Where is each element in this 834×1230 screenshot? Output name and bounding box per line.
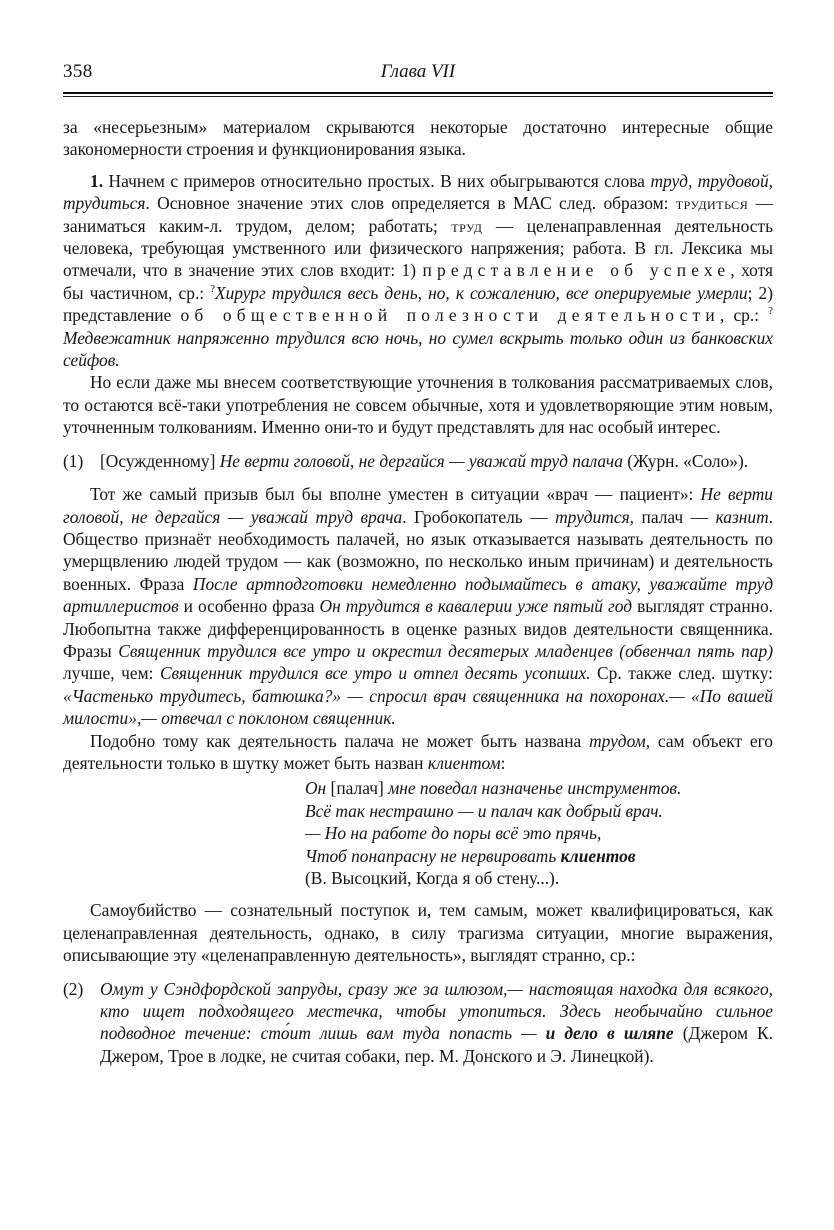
text-run: . Основное значение этих слов определяет…: [145, 193, 675, 213]
chapter-title: Глава VII: [63, 60, 773, 84]
text-run: Хирург трудился весь день, но, к сожален…: [215, 283, 748, 303]
text-run: [палач]: [331, 778, 384, 798]
text-run: Всё так нестрашно — и палач как добрый в…: [305, 801, 663, 821]
text-run: лучше, чем:: [63, 663, 160, 683]
text-run: Ср. также след. шутку:: [591, 663, 773, 683]
text-run: Священник трудился все утро и отпел деся…: [160, 663, 591, 683]
example-number: (1): [63, 450, 100, 472]
text-run: Самоубийство — сознательный поступок и, …: [63, 900, 773, 965]
text-run: . Гробокопатель —: [402, 507, 555, 527]
text-run: Начнем с примеров относительно простых. …: [103, 171, 650, 191]
page-number: 358: [63, 60, 93, 84]
poem-line: — Но на работе до поры всё это прячь,: [305, 822, 773, 844]
example-1: (1)[Осужденному] Не верти головой, не де…: [63, 450, 773, 472]
opening-paragraph: за «несерьезным» материалом скрываются н…: [63, 116, 773, 161]
text-run: — Но на работе до поры всё это прячь,: [305, 823, 601, 843]
paragraph-2: Но если даже мы внесем соответствующие у…: [63, 371, 773, 438]
text-run: (В. Высоцкий, Когда я об стену...).: [305, 868, 559, 888]
running-head: 358 Глава VII: [63, 60, 773, 86]
text-run: Медвежатник напряженно трудился всю ночь…: [63, 328, 773, 370]
poem-line: Чтоб понапрасну не нервировать клиентов: [305, 845, 773, 867]
poem-quote: Он [палач] мне поведал назначенье инстру…: [305, 777, 773, 889]
text-run: казнит: [716, 507, 769, 527]
paragraph-4: Подобно тому как деятельность палача не …: [63, 730, 773, 775]
text-run: 1.: [90, 171, 103, 191]
text-run: труд: [451, 216, 482, 236]
text-run: Он трудится в кавалерии уже пятый год: [320, 596, 633, 616]
text-run: Священник трудился все утро и окрестил д…: [118, 641, 773, 661]
text-run: ?: [768, 305, 773, 317]
poem-line: Всё так нестрашно — и палач как добрый в…: [305, 800, 773, 822]
page-body: за «несерьезным» материалом скрываются н…: [63, 116, 773, 1067]
text-run: представление об успехе: [422, 260, 730, 280]
text-run: :: [501, 753, 506, 773]
text-run: клиентом: [428, 753, 501, 773]
paragraph-1: 1. Начнем с примеров относительно просты…: [63, 170, 773, 372]
paragraph-5: Самоубийство — сознательный поступок и, …: [63, 899, 773, 966]
text-run: мне поведал назначенье инструментов.: [384, 778, 682, 798]
text-run: , палач —: [630, 507, 716, 527]
poem-line: (В. Высоцкий, Когда я об стену...).: [305, 867, 773, 889]
paragraph-3: Тот же самый призыв был бы вполне уместе…: [63, 483, 773, 729]
header-rule: [63, 92, 773, 97]
text-run: Подобно тому как деятельность палача не …: [90, 731, 589, 751]
text-run: (Журн. «Соло»).: [623, 451, 748, 471]
text-run: и особенно фраза: [179, 596, 320, 616]
example-text: [Осужденному] Не верти головой, не дерга…: [100, 450, 773, 472]
text-run: Но если даже мы внесем соответствующие у…: [63, 372, 773, 437]
text-run: за «несерьезным» материалом скрываются н…: [63, 117, 773, 159]
text-run: и дело в шляпе: [546, 1023, 674, 1043]
poem-line: Он [палач] мне поведал назначенье инстру…: [305, 777, 773, 799]
example-number: (2): [63, 978, 100, 1068]
text-run: Не верти головой, не дергайся — уважай т…: [220, 451, 623, 471]
example-text: Омут у Сэндфордской запруды, сразу же за…: [100, 978, 773, 1068]
text-run: «Частенько трудитесь, батюшка?» — спроси…: [63, 686, 773, 728]
text-run: трудится: [555, 507, 630, 527]
text-run: трудом: [589, 731, 646, 751]
book-page: 358 Глава VII за «несерьезным» материало…: [0, 0, 834, 1067]
text-run: Он: [305, 778, 331, 798]
text-run: клиентов: [561, 846, 636, 866]
text-run: , ср.:: [720, 305, 768, 325]
text-run: Чтоб понапрасну не нервировать: [305, 846, 561, 866]
example-2: (2)Омут у Сэндфордской запруды, сразу же…: [63, 978, 773, 1068]
text-run: Тот же самый призыв был бы вполне уместе…: [90, 484, 701, 504]
text-run: об общественной полезности деятельности: [181, 305, 720, 325]
text-run: трудиться: [676, 193, 748, 213]
text-run: [Осужденному]: [100, 451, 220, 471]
